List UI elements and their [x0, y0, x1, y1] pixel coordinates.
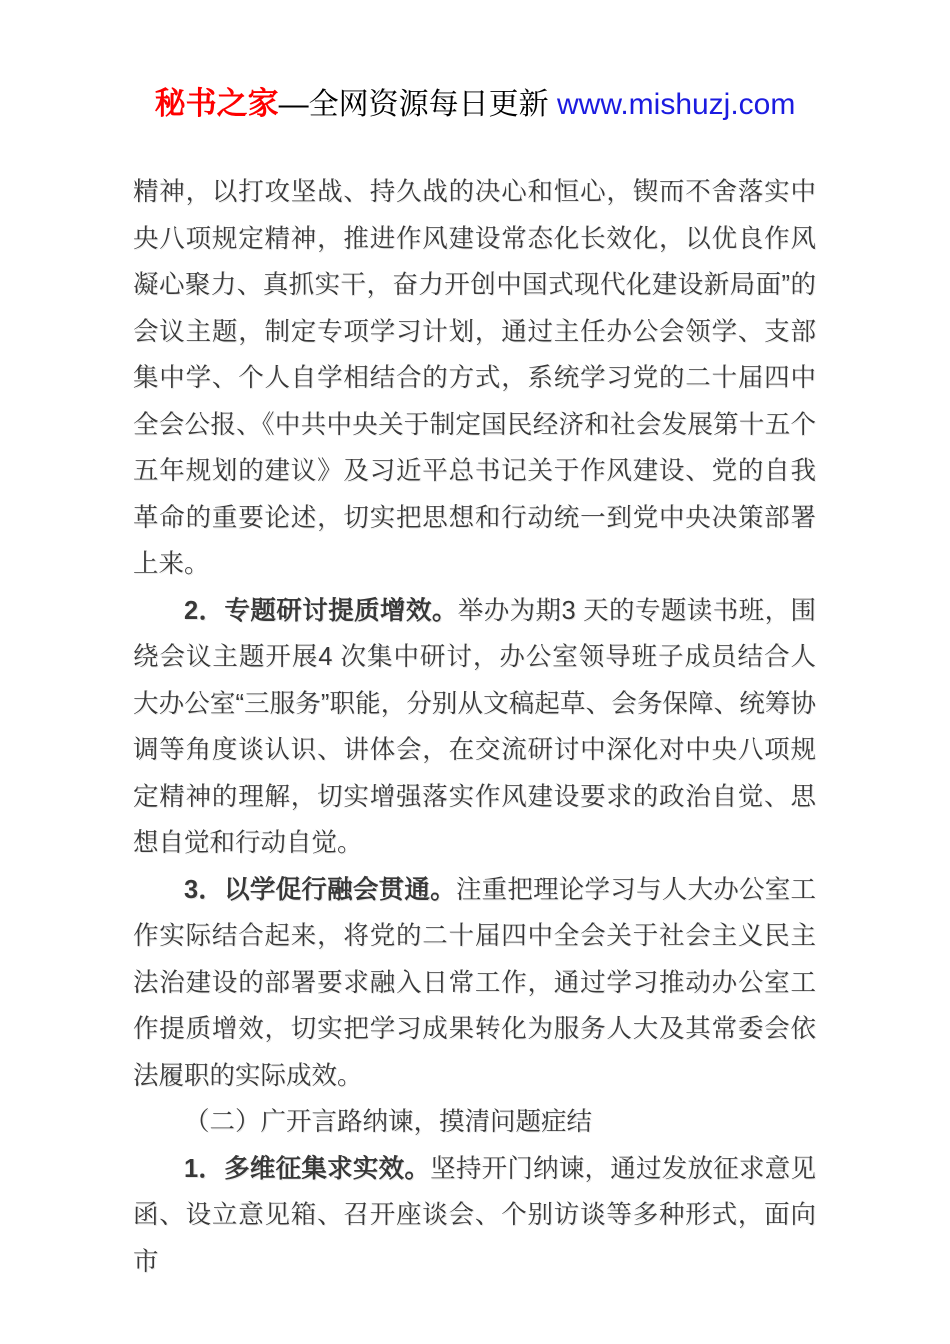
paragraph-text: 精神，以打攻坚战、持久战的决心和恒心，锲而不舍落实中央八项规定精神，推进作风建设…: [133, 178, 816, 578]
paragraph-continuation: 精神，以打攻坚战、持久战的决心和恒心，锲而不舍落实中央八项规定精神，推进作风建设…: [133, 169, 816, 588]
document-body: 精神，以打攻坚战、持久战的决心和恒心，锲而不舍落实中央八项规定精神，推进作风建设…: [133, 169, 816, 1285]
paragraph-item-1: 1．多维征集求实效。坚持开门纳谏，通过发放征求意见函、设立意见箱、召开座谈会、个…: [133, 1146, 816, 1286]
site-url-link[interactable]: www.mishuzj.com: [557, 88, 795, 121]
paragraph-text: 注重把理论学习与人大办公室工作实际结合起来，将党的二十届四中全会关于社会主义民主…: [133, 876, 816, 1090]
subheading-text: （二）广开言路纳谏，摸清问题症结: [184, 1108, 592, 1136]
paragraph-lead: 1．多维征集求实效。: [184, 1155, 430, 1183]
paragraph-item-3: 3．以学促行融会贯通。注重把理论学习与人大办公室工作实际结合起来，将党的二十届四…: [133, 867, 816, 1100]
site-name: 秘书之家: [155, 86, 279, 121]
page-header: 秘书之家—全网资源每日更新 www.mishuzj.com: [0, 84, 950, 125]
section-subheading: （二）广开言路纳谏，摸清问题症结: [133, 1099, 816, 1146]
document-page: 秘书之家—全网资源每日更新 www.mishuzj.com 精神，以打攻坚战、持…: [0, 0, 950, 1344]
paragraph-item-2: 2．专题研讨提质增效。举办为期3 天的专题读书班，围绕会议主题开展4 次集中研讨…: [133, 588, 816, 867]
paragraph-text: 举办为期3 天的专题读书班，围绕会议主题开展4 次集中研讨，办公室领导班子成员结…: [133, 597, 816, 858]
paragraph-lead: 3．以学促行融会贯通。: [184, 876, 456, 904]
header-tagline: —全网资源每日更新: [279, 88, 557, 121]
paragraph-lead: 2．专题研讨提质增效。: [184, 597, 458, 625]
